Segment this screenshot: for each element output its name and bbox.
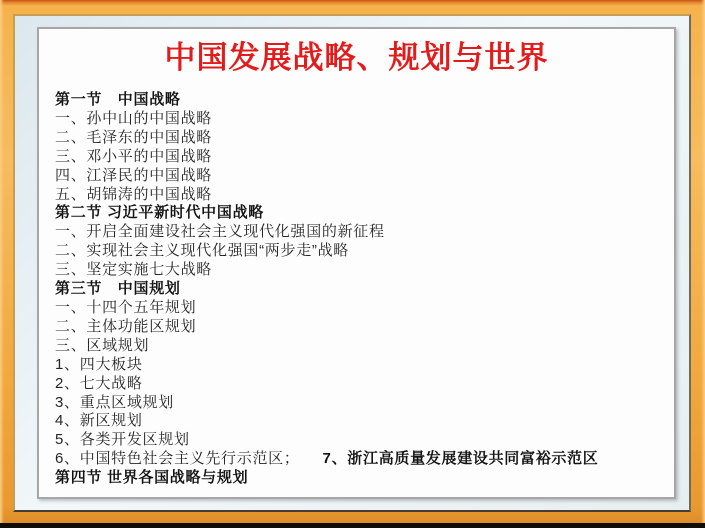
outline-line: 2、七大战略 xyxy=(55,375,674,394)
outline-line: 第四节 世界各国战略与规划 xyxy=(55,469,674,488)
frame-highlight-right xyxy=(701,0,705,528)
outline-line-normal-part: 6、中国特色社会主义先行示范区； xyxy=(55,450,300,467)
outline-line: 第一节 中国战略 xyxy=(55,91,674,110)
outline-line: 1、四大板块 xyxy=(55,356,674,375)
outline-line: 三、邓小平的中国战略 xyxy=(55,148,674,167)
outline-line: 第二节 习近平新时代中国战略 xyxy=(55,204,674,223)
slide: 中国发展战略、规划与世界 第一节 中国战略 一、孙中山的中国战略 二、毛泽东的中… xyxy=(37,27,676,499)
outline-line: 6、中国特色社会主义先行示范区；7、浙江高质量发展建设共同富裕示范区 xyxy=(55,450,674,469)
outline-line: 二、毛泽东的中国战略 xyxy=(55,129,674,148)
outline-line: 第三节 中国规划 xyxy=(55,280,674,299)
bottom-black-strip xyxy=(0,523,705,528)
slide-outline: 第一节 中国战略 一、孙中山的中国战略 二、毛泽东的中国战略 三、邓小平的中国战… xyxy=(55,91,674,488)
outline-line: 一、开启全面建设社会主义现代化强国的新征程 xyxy=(55,223,674,242)
outline-line: 三、区域规划 xyxy=(55,337,674,356)
slide-photo: { "frame": { "gold_color": "#f2a93f", "t… xyxy=(0,0,705,528)
outline-line: 二、主体功能区规划 xyxy=(55,318,674,337)
outline-line-bold-part: 7、浙江高质量发展建设共同富裕示范区 xyxy=(323,450,599,467)
slide-title: 中国发展战略、规划与世界 xyxy=(39,38,674,78)
outline-line: 五、胡锦涛的中国战略 xyxy=(55,186,674,205)
outline-line: 4、新区规划 xyxy=(55,412,674,431)
outline-line: 一、十四个五年规划 xyxy=(55,299,674,318)
outline-line: 三、坚定实施七大战略 xyxy=(55,261,674,280)
outline-line: 一、孙中山的中国战略 xyxy=(55,110,674,129)
outline-line: 5、各类开发区规划 xyxy=(55,431,674,450)
slide-mat: 中国发展战略、规划与世界 第一节 中国战略 一、孙中山的中国战略 二、毛泽东的中… xyxy=(13,14,691,512)
frame-highlight-left xyxy=(0,0,4,528)
outline-line: 二、实现社会主义现代化强国“两步走”战略 xyxy=(55,242,674,261)
outline-line: 3、重点区域规划 xyxy=(55,394,674,413)
outline-line: 四、江泽民的中国战略 xyxy=(55,167,674,186)
